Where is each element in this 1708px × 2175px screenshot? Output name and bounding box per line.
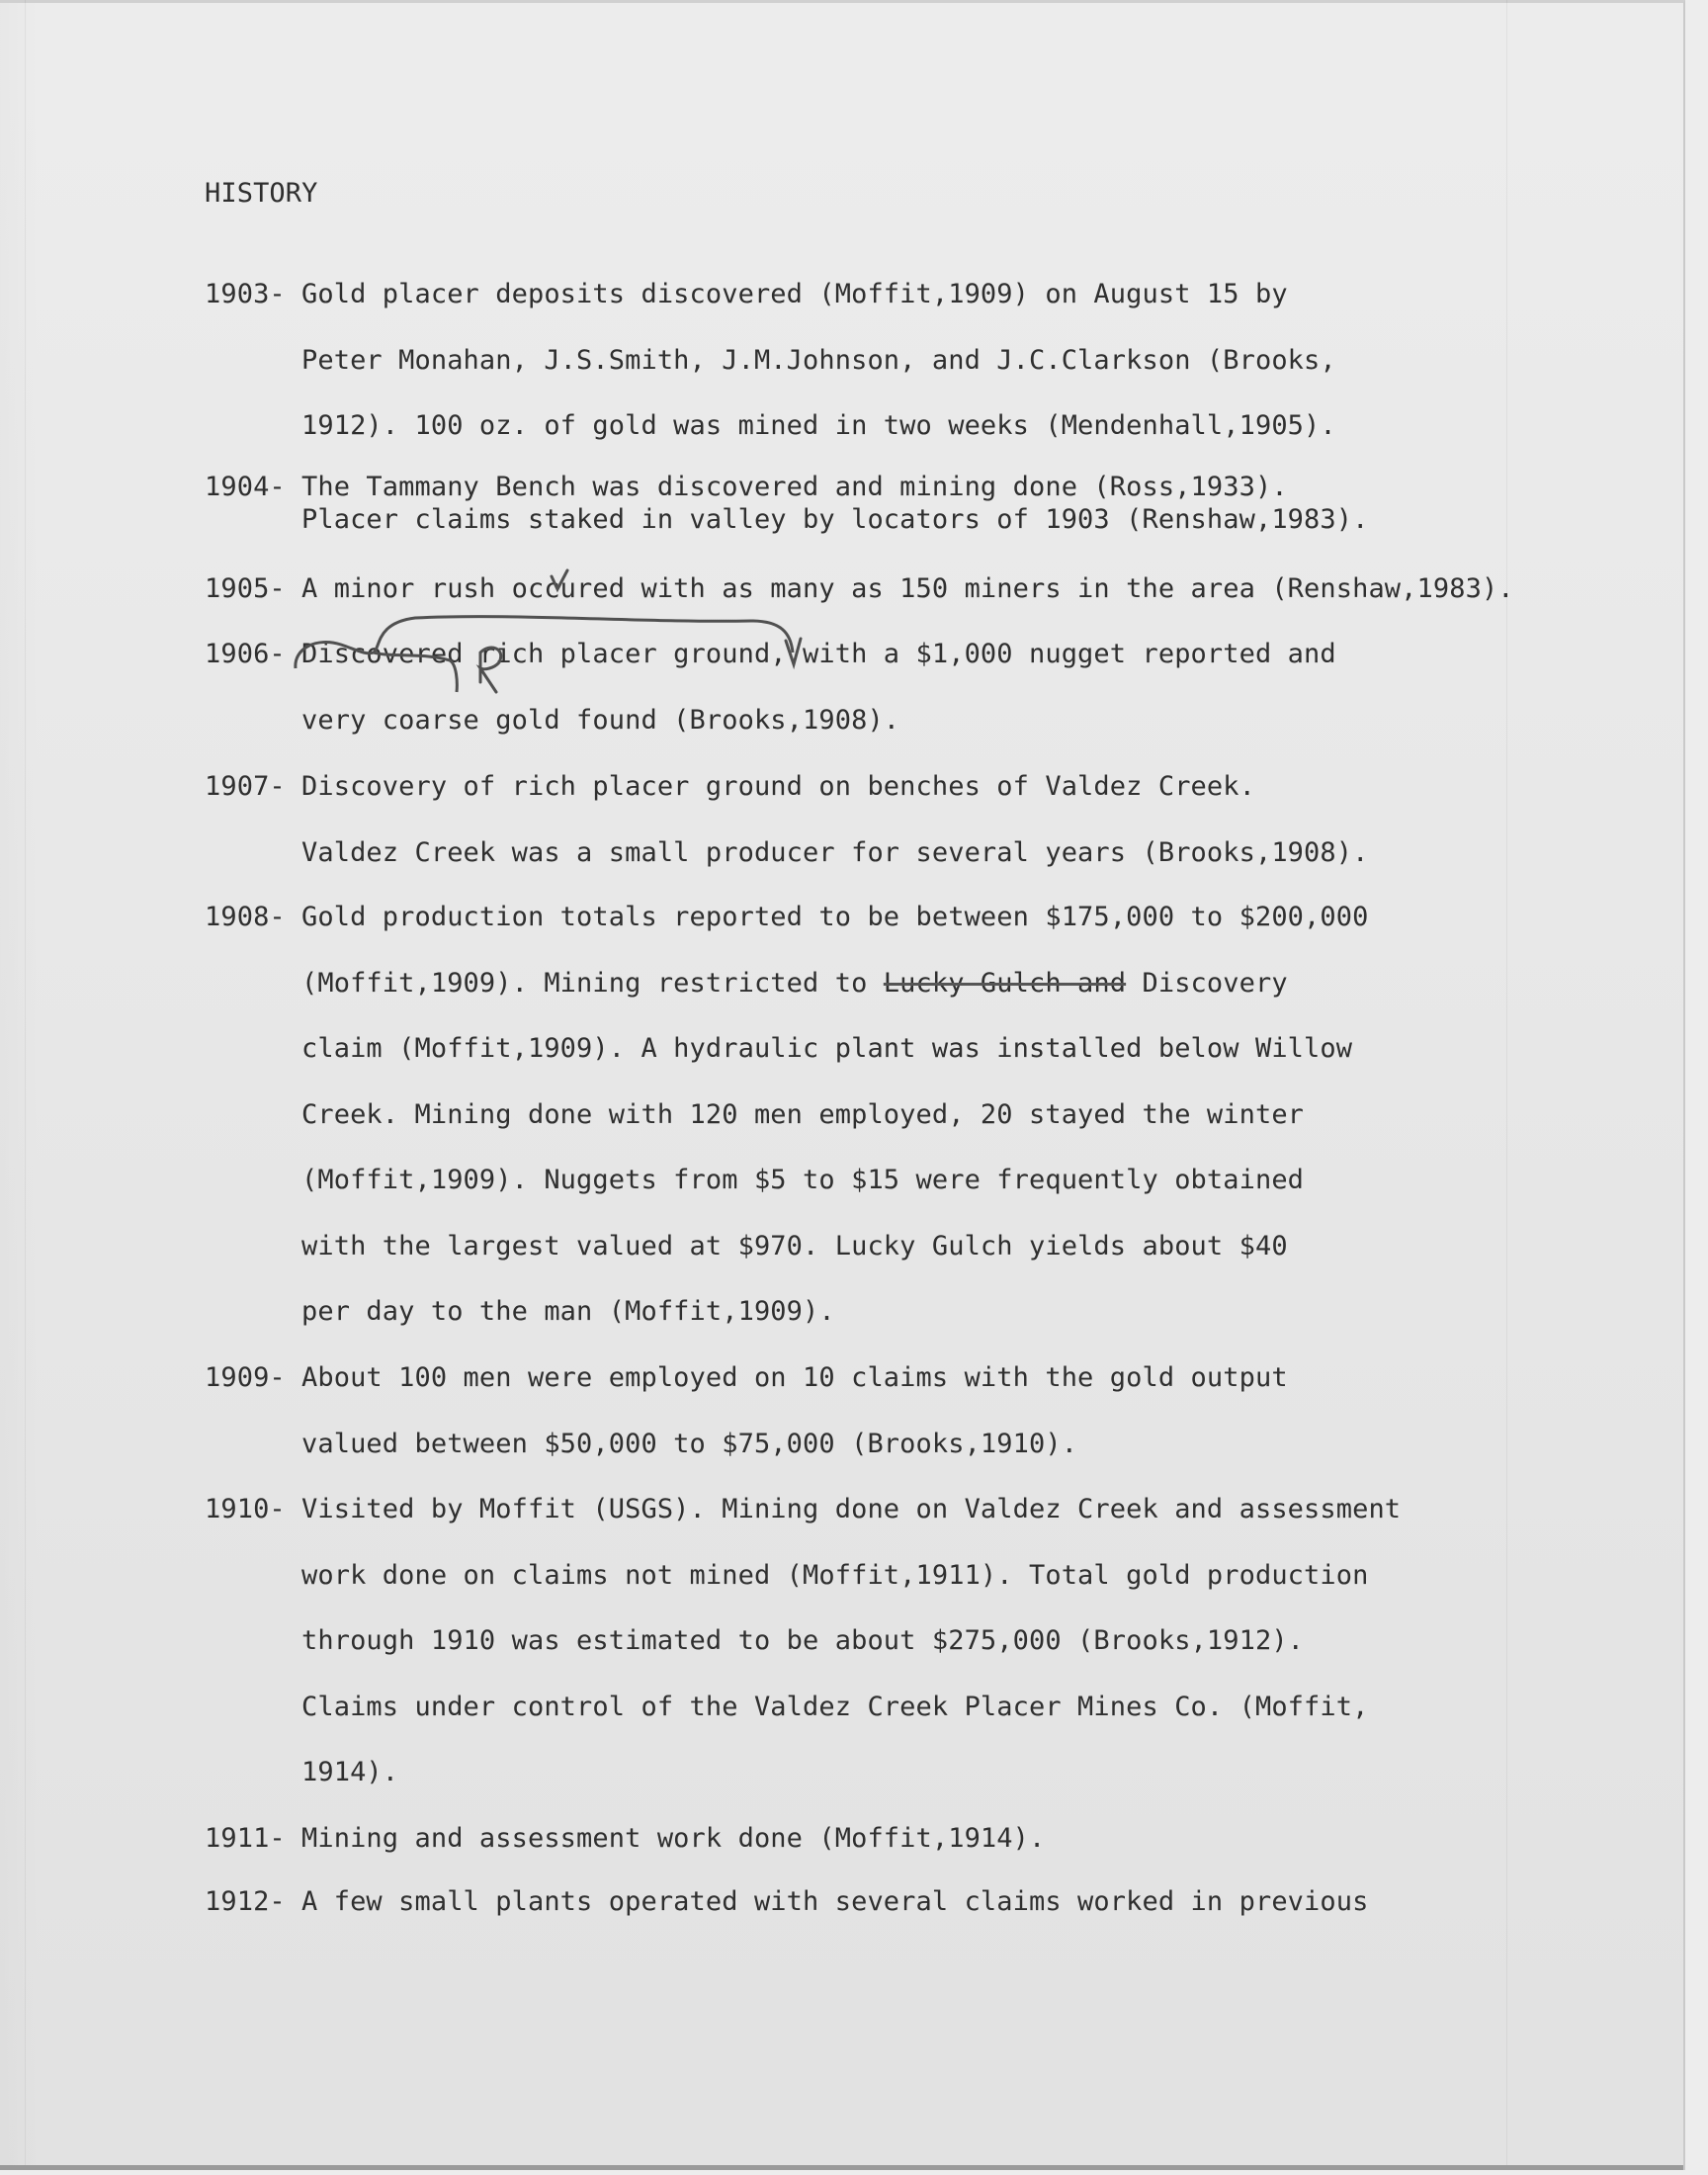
entry-line: through 1910 was estimated to be about $… <box>301 1625 1304 1656</box>
entry-line: Discovery of rich placer ground on bench… <box>301 771 1255 802</box>
entry-line: 1914). <box>301 1757 398 1787</box>
entry-year: 1909- <box>205 1362 286 1393</box>
entry-line: per day to the man (Moffit,1909). <box>301 1296 835 1327</box>
entry-line: A few small plants operated with several… <box>301 1886 1368 1917</box>
page-heading: HISTORY <box>205 178 318 209</box>
entry-line: Claims under control of the Valdez Creek… <box>301 1692 1368 1722</box>
entry-line: About 100 men were employed on 10 claims… <box>301 1362 1288 1393</box>
line-text: Discovery <box>1126 968 1288 999</box>
entry-year: 1907- <box>205 771 286 802</box>
entry-line: valued between $50,000 to $75,000 (Brook… <box>301 1429 1077 1459</box>
entry-line: Gold placer deposits discovered (Moffit,… <box>301 279 1288 309</box>
scan-line <box>1506 0 1507 2167</box>
entry-line: A minor rush occured with as many as 150… <box>301 573 1514 604</box>
entry-line: with the largest valued at $970. Lucky G… <box>301 1231 1288 1261</box>
entry-year: 1912- <box>205 1886 286 1917</box>
entry-year: 1905- <box>205 573 286 604</box>
line-text: (Moffit,1909). Mining restricted to <box>301 968 884 999</box>
entry-year: 1903- <box>205 279 286 309</box>
entry-line: very coarse gold found (Brooks,1908). <box>301 705 899 736</box>
page-bottom-edge <box>0 2165 1683 2170</box>
scan-line <box>25 0 26 2167</box>
entry-line: Discovered rich placer ground, with a $1… <box>301 639 1336 669</box>
entry-year: 1904- <box>205 472 286 502</box>
entry-line: Creek. Mining done with 120 men employed… <box>301 1099 1304 1130</box>
entry-line: (Moffit,1909). Nuggets from $5 to $15 we… <box>301 1165 1304 1195</box>
entry-line: Valdez Creek was a small producer for se… <box>301 837 1368 868</box>
entry-year: 1906- <box>205 639 286 669</box>
entry-year: 1908- <box>205 902 286 932</box>
entry-line: The Tammany Bench was discovered and min… <box>301 472 1288 502</box>
entry-line: claim (Moffit,1909). A hydraulic plant w… <box>301 1033 1352 1064</box>
entry-line: 1912). 100 oz. of gold was mined in two … <box>301 410 1336 441</box>
struck-through-text: Lucky Gulch and <box>884 968 1126 999</box>
entry-line: Gold production totals reported to be be… <box>301 902 1368 932</box>
entry-line: work done on claims not mined (Moffit,19… <box>301 1560 1368 1591</box>
entry-line: (Moffit,1909). Mining restricted to Luck… <box>301 968 1288 999</box>
entry-line: Placer claims staked in valley by locato… <box>301 504 1368 535</box>
entry-line: Mining and assessment work done (Moffit,… <box>301 1823 1045 1854</box>
entry-line: Peter Monahan, J.S.Smith, J.M.Johnson, a… <box>301 345 1336 376</box>
entry-line: Visited by Moffit (USGS). Mining done on… <box>301 1494 1401 1524</box>
entry-year: 1911- <box>205 1823 286 1854</box>
entry-year: 1910- <box>205 1494 286 1524</box>
